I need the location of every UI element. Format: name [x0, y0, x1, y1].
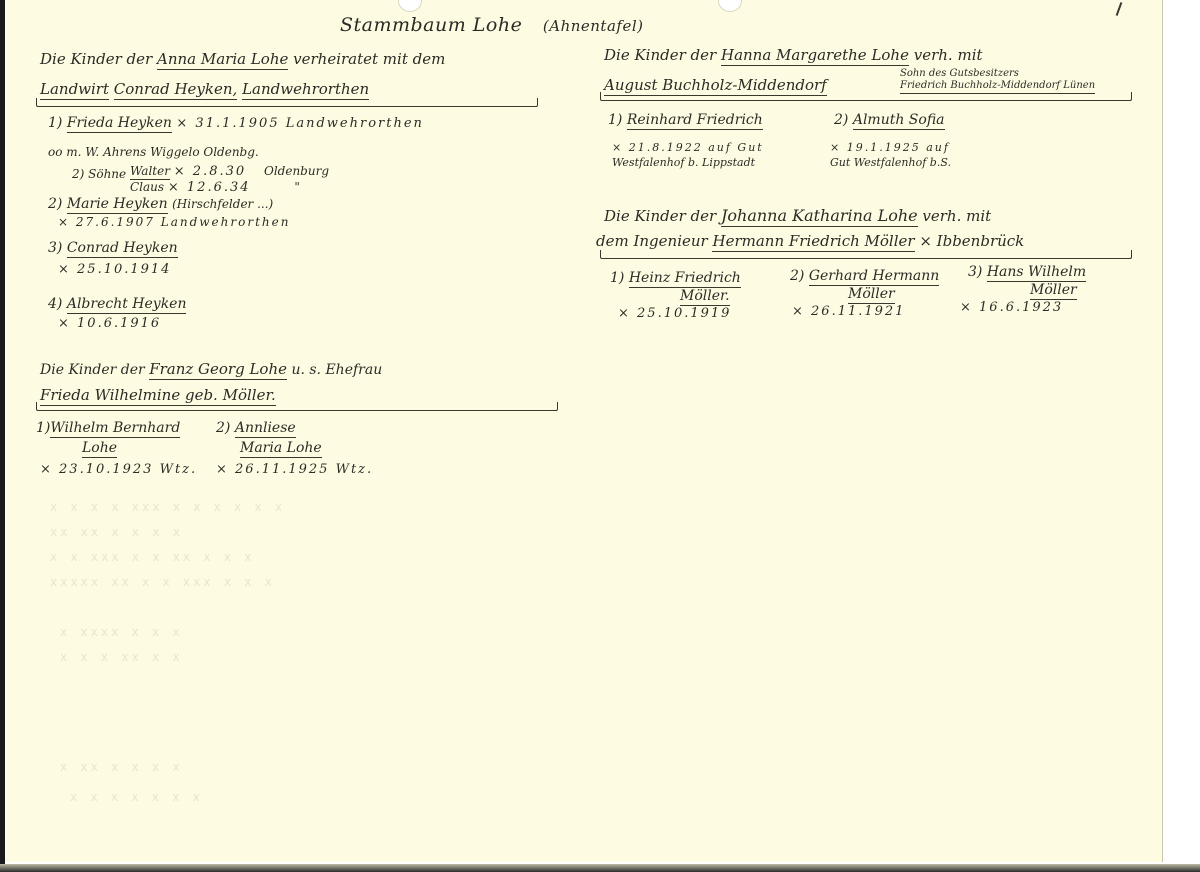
page-title: Stammbaum Lohe (Ahnentafel)	[340, 14, 643, 36]
family-franz-heading-1: Die Kinder der Franz Georg Lohe u. s. Eh…	[40, 360, 382, 378]
bracket-line	[36, 402, 558, 411]
child-entry: 3) Conrad Heyken	[48, 240, 178, 256]
child-details: × 21.8.1922 auf Gut Westfalenhof b. Lipp…	[612, 140, 764, 170]
child-name: Hans Wilhelm	[987, 264, 1086, 282]
child-name: Gerhard Hermann	[809, 268, 939, 286]
mother-name: Anna Maria Lohe	[157, 50, 288, 70]
grandchild-date: × 2.8.30	[174, 164, 246, 179]
child-surname: Lohe	[82, 440, 117, 456]
child-surname-text: Möller.	[680, 288, 730, 306]
heading-mid: verheiratet mit dem	[293, 50, 445, 68]
grandchild-name: Walter	[130, 164, 170, 180]
note-line: Sohn des Gutsbesitzers	[900, 68, 1095, 80]
bleed-through: x x x x xxx x x x x x x	[50, 500, 285, 514]
child-surname: Möller.	[680, 288, 730, 304]
child-date: × 10.6.1916	[58, 316, 161, 331]
child-date: × 26.11.1921	[792, 304, 905, 319]
child-date: × 25.10.1914	[58, 262, 171, 277]
child-name: Reinhard Friedrich	[627, 112, 763, 130]
married-note: oo m. W. Ahrens Wiggelo Oldenbg.	[48, 145, 259, 159]
child-surname-text: Möller	[1030, 282, 1077, 300]
heading-mid: u. s. Ehefrau	[291, 362, 382, 378]
father-name: Franz Georg Lohe	[149, 360, 287, 380]
child-surname: Möller	[1030, 282, 1077, 298]
grandchild-name: Claus	[130, 180, 164, 194]
child-entry: 2) Gerhard Hermann	[790, 268, 939, 284]
child-number: 2)	[834, 112, 848, 128]
child-date: × 27.6.1907 Landwehrorthen	[58, 215, 290, 229]
grandchild-place: Oldenburg	[264, 164, 329, 178]
family-johanna-heading-1: Die Kinder der Johanna Katharina Lohe ve…	[604, 206, 991, 225]
child-surname-text: Möller	[848, 286, 895, 304]
child-place: Westfalenhof b. Lippstadt	[612, 155, 764, 170]
bleed-through: xxxxx xx x x xxx x x x	[50, 575, 275, 589]
child-number: 1)	[610, 270, 624, 286]
grandchild-entry: Walter × 2.8.30 Oldenburg	[130, 164, 329, 179]
child-entry: 1) Frieda Heyken × 31.1.1905 Landwehrort…	[48, 115, 424, 131]
child-name: Albrecht Heyken	[67, 296, 187, 314]
bracket-line	[600, 250, 1132, 259]
bleed-through: x xx x x x x	[60, 760, 183, 774]
bracket-line	[600, 92, 1132, 101]
father-place: × Ibbenbrück	[919, 232, 1024, 250]
bleed-through: x x x x x x x	[70, 790, 203, 804]
scan-edge-bottom	[0, 864, 1200, 872]
child-number: 4)	[48, 296, 62, 312]
grandchild-date: × 12.6.34	[168, 180, 251, 195]
child-place: Gut Westfalenhof b.S.	[830, 155, 951, 170]
child-surname-text: Maria Lohe	[240, 440, 322, 458]
father-name: Hermann Friedrich Möller	[712, 232, 914, 252]
grandchild-entry: Claus × 12.6.34 "	[130, 180, 300, 195]
bleed-through: x xxxx x x x	[60, 625, 183, 639]
child-number: 2)	[790, 268, 804, 284]
child-entry: 3) Hans Wilhelm	[968, 264, 1086, 280]
child-number: 3)	[968, 264, 982, 280]
child-surname-text: Lohe	[82, 440, 117, 458]
child-date: × 21.8.1922 auf Gut	[612, 140, 764, 155]
child-name: Almuth Sofia	[853, 112, 945, 130]
child-entry: 1) Reinhard Friedrich	[608, 112, 763, 128]
child-entry: 4) Albrecht Heyken	[48, 296, 186, 312]
document-page: Stammbaum Lohe (Ahnentafel) Die Kinder d…	[0, 0, 1163, 862]
heading-mid: verh. mit	[922, 207, 991, 225]
child-entry: 1)Wilhelm Bernhard	[36, 420, 180, 436]
child-number: 2)	[48, 196, 62, 212]
child-name: Frieda Heyken	[67, 115, 172, 133]
child-info: × 31.1.1905 Landwehrorthen	[176, 116, 424, 131]
pen-mark	[1116, 2, 1123, 16]
bracket-line	[36, 98, 538, 107]
child-surname: Maria Lohe	[240, 440, 322, 456]
child-surname: Möller	[848, 286, 895, 302]
mother-name: Hanna Margarethe Lohe	[721, 46, 909, 66]
heading-mid: verh. mit	[914, 46, 983, 64]
child-date: × 25.10.1919	[618, 306, 731, 321]
child-name: Conrad Heyken	[67, 240, 178, 258]
heading-prefix: Die Kinder der	[604, 207, 716, 225]
title-subtitle: (Ahnentafel)	[543, 17, 644, 35]
child-entry: 2) Almuth Sofia	[834, 112, 945, 128]
sons-label: 2) Söhne	[72, 167, 126, 181]
father-note: Sohn des Gutsbesitzers Friedrich Buchhol…	[900, 68, 1095, 94]
father-name: Conrad Heyken,	[114, 80, 237, 100]
family-johanna-heading-2: dem Ingenieur Hermann Friedrich Möller ×…	[596, 232, 1024, 250]
child-name: Annliese	[235, 420, 296, 438]
family-hanna-heading-1: Die Kinder der Hanna Margarethe Lohe ver…	[604, 46, 983, 64]
child-date: × 19.1.1925 auf	[830, 140, 951, 155]
child-entry: 1) Heinz Friedrich	[610, 270, 741, 286]
punch-hole	[398, 0, 422, 12]
child-number: 1)	[48, 115, 62, 131]
scan-edge-left	[0, 0, 5, 872]
mother-name: Johanna Katharina Lohe	[721, 206, 918, 227]
child-name: Marie Heyken	[67, 196, 168, 214]
bleed-through: x x x xx x x	[60, 650, 183, 664]
child-number: 1)	[36, 420, 50, 436]
child-number: 1)	[608, 112, 622, 128]
bleed-through: xx xx x x x x	[50, 525, 183, 539]
child-entry: 2) Annliese	[216, 420, 296, 436]
father-prefix: dem Ingenieur	[596, 232, 708, 250]
child-date: × 23.10.1923 Wtz.	[40, 462, 197, 477]
child-number: 3)	[48, 240, 62, 256]
heading-prefix: Die Kinder der	[40, 362, 145, 378]
child-date: × 16.6.1923	[960, 300, 1063, 315]
bleed-through: x x xxx x x xx x x x	[50, 550, 255, 564]
family-anna-heading-2: Landwirt Conrad Heyken, Landwehrorthen	[40, 80, 369, 98]
child-name: Wilhelm Bernhard	[50, 420, 180, 438]
child-name: Heinz Friedrich	[629, 270, 741, 288]
child-date: × 26.11.1925 Wtz.	[216, 462, 373, 477]
heading-prefix: Die Kinder der	[40, 50, 152, 68]
child-entry: 2) Marie Heyken (Hirschfelder ...)	[48, 196, 273, 212]
grandchild-place: "	[294, 180, 300, 194]
heading-prefix: Die Kinder der	[604, 46, 716, 64]
title-text: Stammbaum Lohe	[340, 14, 522, 36]
punch-hole	[718, 0, 742, 12]
child-info: (Hirschfelder ...)	[172, 197, 273, 211]
child-number: 2)	[216, 420, 230, 436]
father-prefix: Landwirt	[40, 80, 109, 100]
father-place: Landwehrorthen	[242, 80, 369, 100]
child-details: × 19.1.1925 auf Gut Westfalenhof b.S.	[830, 140, 951, 170]
family-anna-heading-1: Die Kinder der Anna Maria Lohe verheirat…	[40, 50, 445, 68]
